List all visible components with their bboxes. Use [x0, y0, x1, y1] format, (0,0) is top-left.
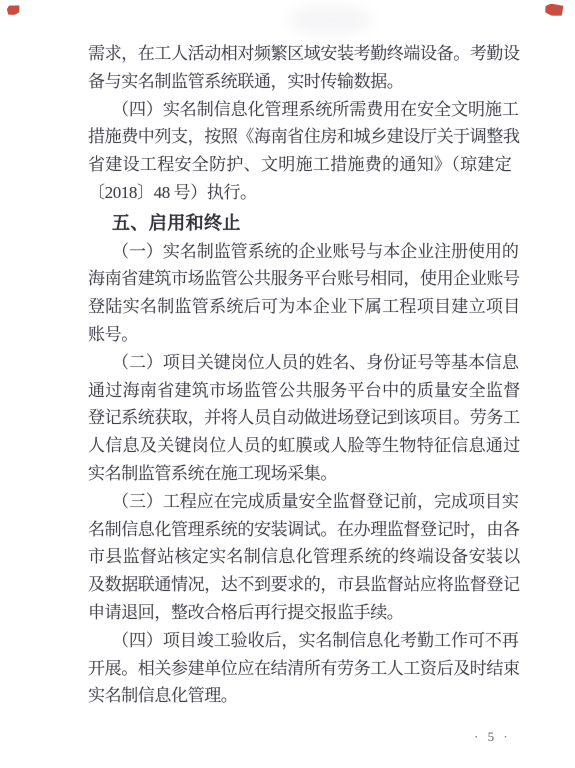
document-page: 需求，在工人活动相对频繁区域安装考勤终端设备。考勤设备与实名制监管系统联通，实时… — [0, 0, 575, 768]
page-number: · 5 · — [474, 729, 511, 745]
text-line: 申请退回，整改合格后再行提交报监手续。 — [88, 599, 528, 627]
text-line: 〔2018〕48 号）执行。 — [88, 179, 528, 207]
text-line: 账号。 — [88, 321, 528, 349]
text-line: （四）实名制信息化管理系统所需费用在安全文明施工 — [88, 96, 528, 124]
text-line: 省建设工程安全防护、文明施工措施费的通知》（琼建定 — [88, 151, 528, 179]
section-heading: 五、启用和终止 — [88, 210, 528, 238]
text-line: 登记系统获取，并将人员自动做进场登记到该项目。劳务工 — [88, 404, 528, 432]
document-text: 需求，在工人活动相对频繁区域安装考勤终端设备。考勤设备与实名制监管系统联通，实时… — [88, 40, 528, 710]
text-line: 人信息及关键岗位人员的虹膜或人脸等生物特征信息通过 — [88, 432, 528, 460]
text-line: 及数据联通情况，达不到要求的，市县监督站应将监督登记 — [88, 571, 528, 599]
scan-smudge — [288, 4, 372, 36]
text-line: 实名制监管系统在施工现场采集。 — [88, 460, 528, 488]
text-line: 市县监督站核定实名制信息化管理系统的终端设备安装以 — [88, 543, 528, 571]
text-line: （一）实名制监管系统的企业账号与本企业注册使用的 — [88, 238, 528, 266]
text-line: 海南省建筑市场监管公共服务平台账号相同，使用企业账号 — [88, 265, 528, 293]
text-line: 登陆实名制监管系统后可为本企业下属工程项目建立项目 — [88, 293, 528, 321]
red-corner-mark-left — [6, 4, 20, 16]
text-line: （二）项目关键岗位人员的姓名、身份证号等基本信息 — [88, 349, 528, 377]
text-line: 名制信息化管理系统的安装调试。在办理监督登记时，由各 — [88, 516, 528, 544]
text-line: 实名制信息化管理。 — [88, 682, 528, 710]
text-line: （四）项目竣工验收后，实名制信息化考勤工作可不再 — [88, 627, 528, 655]
text-line: 开展。相关参建单位应在结清所有劳务工人工资后及时结束 — [88, 655, 528, 683]
text-line: 需求，在工人活动相对频繁区域安装考勤终端设备。考勤设 — [88, 40, 528, 68]
text-line: （三）工程应在完成质量安全监督登记前，完成项目实 — [88, 488, 528, 516]
text-line: 措施费中列支，按照《海南省住房和城乡建设厅关于调整我 — [88, 123, 528, 151]
red-corner-mark-right — [544, 3, 563, 17]
text-line: 备与实名制监管系统联通，实时传输数据。 — [88, 68, 528, 96]
text-line: 通过海南省建筑市场监管公共服务平台中的质量安全监督 — [88, 377, 528, 405]
